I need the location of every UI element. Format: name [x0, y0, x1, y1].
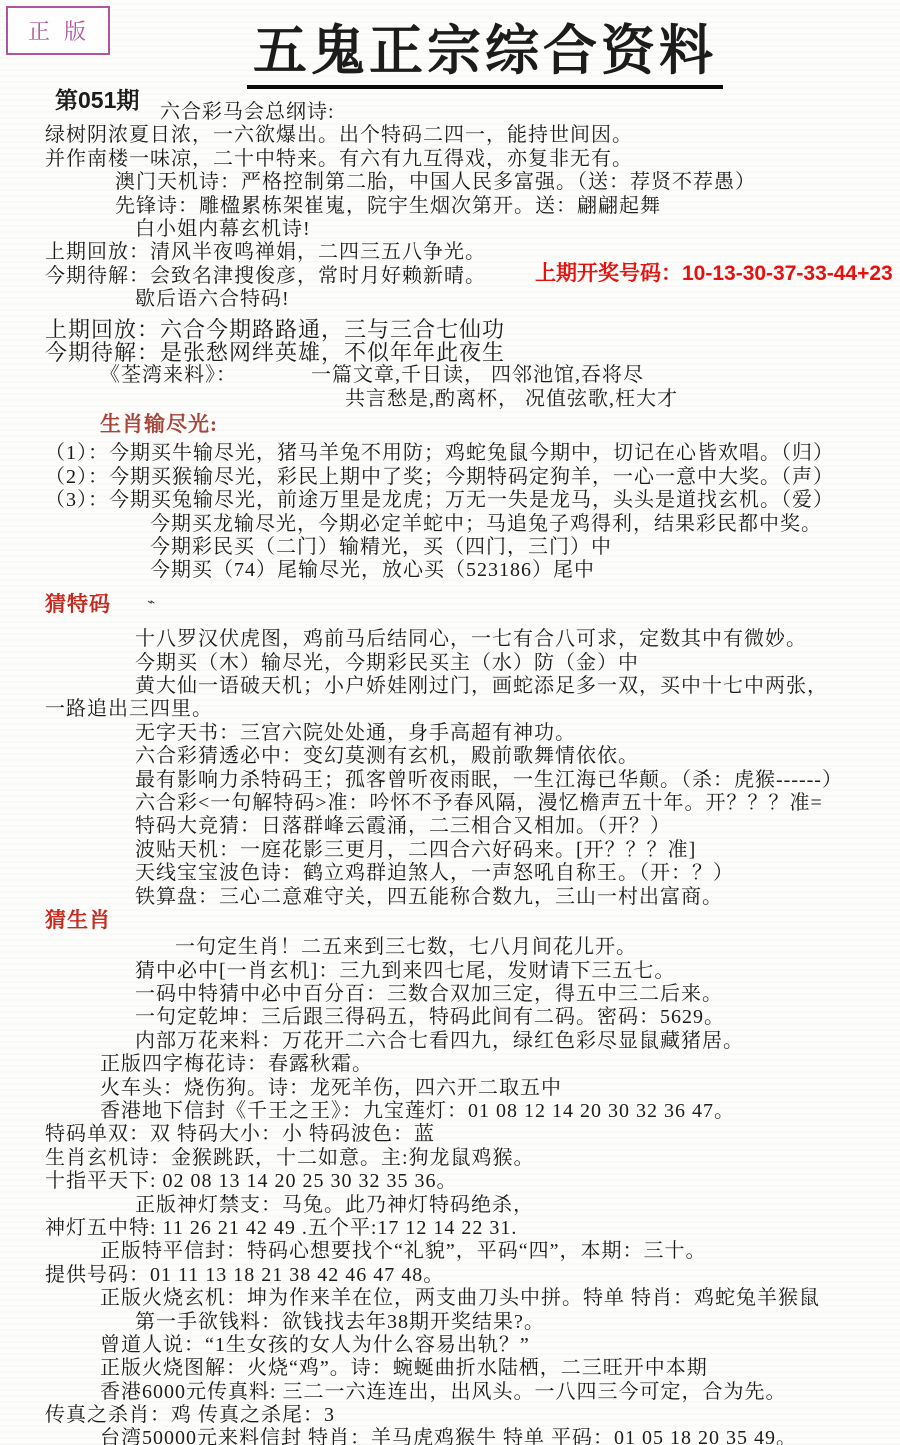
text-line: 正版特平信封：特码心想要找个“礼貌”，平码“四”，本期：三十。: [0, 1240, 900, 1263]
text-line: 铁算盘：三心二意难守关，四五能称合数九，三山一村出富商。: [0, 886, 900, 909]
section-header-text: 猜特码: [45, 592, 111, 616]
text-line: 正版火烧图解：火烧“鸡”。诗：蜿蜒曲折水陆栖，二三旺开中本期: [0, 1357, 900, 1380]
text-line: 十八罗汉伏虎图，鸡前马后结同心，一七有合八可求，定数其中有微妙。: [0, 628, 900, 651]
text-line: 一句定生肖！二五来到三七数，七八月间花儿开。: [0, 936, 900, 959]
page-header: 五鬼正宗综合资料: [0, 22, 900, 89]
text-line: 今期买（74）尾输尽光，放心买（523186）尾中: [0, 559, 900, 582]
text-line: 天线宝宝波色诗：鹤立鸡群迫煞人，一声怒吼自称王。（开：？）: [0, 862, 900, 885]
text-line: 提供号码：01 11 13 18 21 38 42 46 47 48。: [0, 1264, 900, 1287]
text-line: 今期待解：是张愁网绊英雄，不似年年此夜生: [0, 341, 900, 364]
last-draw-numbers: 上期开奖号码：10-13-30-37-33-44+23: [535, 262, 893, 285]
text-line: 内部万花来料：万花开二六合七看四九，绿红色彩尽显鼠藏猪居。: [0, 1030, 900, 1053]
text-line: 无字天书：三宫六院处处通，身手高超有神功。: [0, 722, 900, 745]
text-line: 正版火烧玄机：坤为作来羊在位，两支曲刀头中拼。特单 特肖：鸡蛇兔羊猴鼠: [0, 1287, 900, 1310]
text-line: 绿树阴浓夏日浓，一六欲爆出。出个特码二四一，能持世间因。: [0, 124, 900, 147]
text-line: 六合彩马会总纲诗:: [0, 101, 900, 124]
text-line: 传真之杀肖：鸡 传真之杀尾：3: [0, 1404, 900, 1427]
document-body: 六合彩马会总纲诗: 绿树阴浓夏日浓，一六欲爆出。出个特码二四一，能持世间因。 并…: [0, 101, 900, 1445]
squiggle-mark: ⌁: [147, 590, 156, 613]
text-line: 生肖玄机诗：金猴跳跃，十二如意。主:狗龙鼠鸡猴。: [0, 1147, 900, 1170]
text-line: 曾道人说：“1生女孩的女人为什么容易出轨？”: [0, 1334, 900, 1357]
text-line: 今期买龙输尽光，今期必定羊蛇中；马追兔子鸡得利，结果彩民都中奖。: [0, 513, 900, 536]
text-line: 歇后语六合特码!: [0, 288, 900, 311]
text-line: 香港6000元传真料: 三二一六连连出，出风头。一八四三今可定，合为先。: [0, 1381, 900, 1404]
text-line: 《荃湾来料》： 一篇文章,千日读， 四邻池馆,吞将尽: [0, 364, 900, 387]
text-line: 正版四字梅花诗：春露秋霜。: [0, 1053, 900, 1076]
text-line: （3）：今期买兔输尽光，前途万里是龙虎；万无一失是龙马，头头是道找玄机。（爱）: [0, 489, 900, 512]
text-line: 一码中特猜中必中百分百：三数合双加三定，得五中三二后来。: [0, 983, 900, 1006]
text-line: 共言愁是,酌离杯， 况值弦歌,枉大才: [0, 388, 900, 411]
pending-line-text: 今期待解：会致名津搜俊彦，常时月好赖新晴。: [45, 265, 486, 287]
text-line: 最有影响力杀特码王；孤客曾听夜雨眠，一生江海已华颠。（杀：虎猴------）: [0, 769, 900, 792]
text-line: 香港地下信封《千王之王》：九宝莲灯：01 08 12 14 20 30 32 3…: [0, 1100, 900, 1123]
text-line: 正版神灯禁支：马兔。此乃神灯特码绝杀，: [0, 1194, 900, 1217]
text-line: 特码单双：双 特码大小：小 特码波色：蓝: [0, 1123, 900, 1146]
text-line: 上期回放：六合今期路路通，三与三合七仙功: [0, 318, 900, 341]
section-header-guess-zodiac: 猜生肖: [0, 909, 900, 932]
text-line: 一句定乾坤：三后跟三得码五，特码此间有二码。密码：5629。: [0, 1006, 900, 1029]
text-line: 神灯五中特: 11 26 21 42 49 .五个平:17 12 14 22 3…: [0, 1217, 900, 1240]
text-line: 波贴天机：一庭花影三更月，二四合六好码来。[开？？？准]: [0, 839, 900, 862]
text-line: 今期买（木）输尽光，今期彩民买主（水）防（金）中: [0, 652, 900, 675]
text-line: 火车头：烧伤狗。诗：龙死羊伤，四六开二取五中: [0, 1077, 900, 1100]
text-line: 台湾50000元来料信封 特肖：羊马虎鸡猴牛 特单 平码：01 05 18 20…: [0, 1427, 900, 1445]
text-line: 今期待解：会致名津搜俊彦，常时月好赖新晴。 上期开奖号码：10-13-30-37…: [0, 265, 900, 288]
text-line: 六合彩猜透必中：变幻莫测有玄机，殿前歌舞情依依。: [0, 745, 900, 768]
text-line: 澳门天机诗：严格控制第二胎，中国人民多富强。（送：荐贤不荐愚）: [0, 171, 900, 194]
section-header-zodiac-shujinguang: 生肖输尽光:: [0, 413, 900, 436]
text-line: 第一手欲钱料：欲钱找去年38期开奖结果?。: [0, 1311, 900, 1334]
text-line: 一路追出三四里。: [0, 698, 900, 721]
text-line: 先锋诗：雕楹累栋架崔嵬，院宇生烟次第开。送：翩翩起舞: [0, 195, 900, 218]
text-line: （2）：今期买猴输尽光，彩民上期中了奖；今期特码定狗羊，一心一意中大奖。（声）: [0, 466, 900, 489]
text-line: 黄大仙一语破天机；小户娇娃刚过门，画蛇添足多一双，买中十七中两张，: [0, 675, 900, 698]
text-line: 特码大竞猜：日落群峰云霞涌，二三相合又相加。（开？）: [0, 815, 900, 838]
text-line: 白小姐内幕玄机诗!: [0, 218, 900, 241]
text-line: 六合彩<一句解特码>准：吟怀不予春风隔，漫忆檐声五十年。开？？？准=: [0, 792, 900, 815]
text-line: （1）：今期买牛输尽光，猪马羊兔不用防；鸡蛇兔鼠今期中，切记在心皆欢唱。（归）: [0, 442, 900, 465]
text-line: 十指平天下: 02 08 13 14 20 25 30 32 35 36。: [0, 1170, 900, 1193]
text-line: 今期彩民买（二门）输精光，买（四门，三门）中: [0, 536, 900, 559]
text-line: 并作南楼一味凉，二十中特来。有六有九互得戏，亦复非无有。: [0, 148, 900, 171]
section-header-guess-special: 猜特码 ⌁: [0, 593, 900, 616]
text-line: 猜中必中[一肖玄机]：三九到来四七尾，发财请下三五七。: [0, 960, 900, 983]
page-title: 五鬼正宗综合资料: [247, 22, 723, 89]
